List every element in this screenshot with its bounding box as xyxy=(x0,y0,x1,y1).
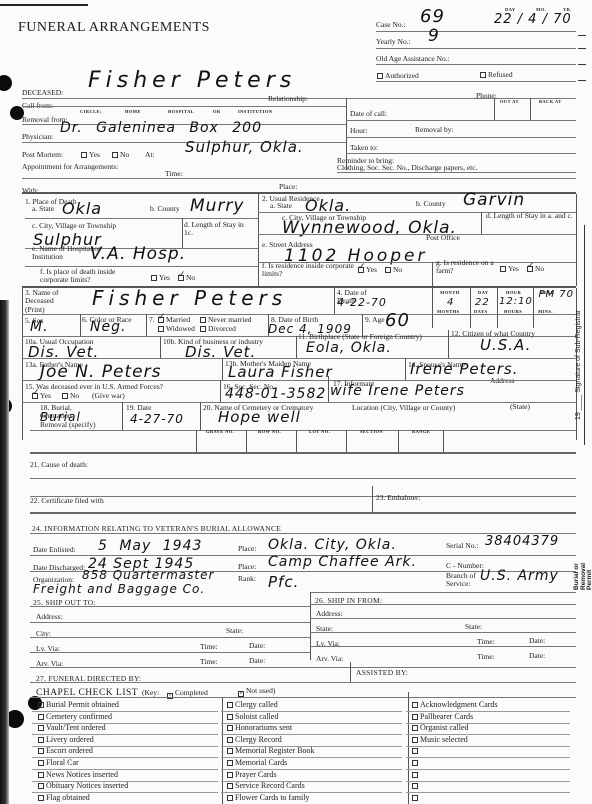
checklist-item-label: Prayer Cards xyxy=(235,770,277,779)
informant-value[interactable]: wife Irene Peters xyxy=(330,383,465,399)
case-date-value[interactable]: 22 / 4 / 70 xyxy=(494,12,572,27)
completed-label: Completed xyxy=(175,688,208,697)
s1-corp-no[interactable]: No xyxy=(178,274,195,282)
no-label: No xyxy=(186,273,195,282)
s2-county-label: b. County xyxy=(416,200,446,208)
enlisted-value[interactable]: 5 May 1943 xyxy=(98,538,202,554)
checkbox-icon xyxy=(200,326,206,332)
widowed-label: Widowed xyxy=(166,324,195,333)
birthplace-value[interactable]: Eola, Okla. xyxy=(306,340,392,356)
refused-label: Refused xyxy=(488,70,513,79)
checkbox-icon xyxy=(38,737,44,743)
age-col-mins: MINS. xyxy=(538,309,553,314)
checklist-item[interactable]: Memorial Register Book xyxy=(227,747,315,755)
cnumber-label: C - Number: xyxy=(446,562,484,570)
divorced-label: Divorced xyxy=(208,324,236,333)
never-married-label: Never married xyxy=(208,315,252,324)
checkbox-icon xyxy=(62,393,68,399)
checkbox-icon xyxy=(412,737,418,743)
checklist-item[interactable] xyxy=(412,759,420,767)
age-col-months: MONTHS xyxy=(437,309,459,314)
s1-hospital-value[interactable]: V.A. Hosp. xyxy=(90,244,186,264)
time-label: Time: xyxy=(165,170,183,178)
checkbox-checked-icon xyxy=(358,267,364,273)
veteran-heading: 24. INFORMATION RELATING TO VETERAN'S BU… xyxy=(32,524,281,533)
key-not-used: oNot used) xyxy=(238,687,275,697)
place2-label: Place: xyxy=(238,563,256,571)
checkbox-icon xyxy=(38,783,44,789)
checklist-item-label: Pallbearer Cards xyxy=(420,712,473,721)
checkbox-icon xyxy=(38,795,44,801)
checkbox-icon xyxy=(227,725,233,731)
range-col: RANGE xyxy=(412,429,430,434)
ship-in-arv-date-label: Date: xyxy=(529,652,545,660)
burial-permit-label: Burial or Removal Permit xyxy=(574,550,592,590)
rank-label: Rank: xyxy=(238,575,256,583)
s2-farm-no[interactable]: No xyxy=(527,265,544,273)
cause-label: 21. Cause of death: xyxy=(30,461,88,469)
lot-col: LOT NO. xyxy=(309,429,330,434)
checklist-item[interactable]: Soloist called xyxy=(227,713,278,721)
checklist-item[interactable]: Cemetery confirmed xyxy=(38,713,112,721)
no-label: No xyxy=(70,391,79,400)
place1-label: Place: xyxy=(238,545,256,553)
checklist-item-label: Soloist called xyxy=(235,712,278,721)
checkbox-icon xyxy=(385,267,391,273)
checklist-item[interactable]: Burial Permit obtained xyxy=(38,701,119,709)
at-value[interactable]: Sulphur, Okla. xyxy=(185,138,304,156)
checkbox-checked-icon xyxy=(178,275,184,281)
death-col-month: MONTH xyxy=(440,290,460,295)
checkbox-icon xyxy=(81,152,87,158)
checkbox-icon xyxy=(412,772,418,778)
checkbox-icon xyxy=(151,275,157,281)
ship-in-arv-time-label: Time: xyxy=(477,653,495,661)
key-label: (Key: xyxy=(142,689,159,697)
checklist-item[interactable]: Flag obtained xyxy=(38,794,90,802)
enlisted-label: Date Enlisted: xyxy=(33,546,76,554)
checkbox-icon xyxy=(377,73,383,79)
s2-corp-yes[interactable]: Yes xyxy=(358,266,377,274)
circle-or: OR xyxy=(213,109,221,114)
death-col-day: DAY xyxy=(478,290,489,295)
scan-edge xyxy=(0,300,9,804)
s2-farm-yes[interactable]: Yes xyxy=(500,265,519,273)
checklist-item[interactable]: Obituary Notices inserted xyxy=(38,782,128,790)
checkbox-icon xyxy=(38,725,44,731)
s2-length-label: d. Length of Stay in a. and c. xyxy=(486,212,574,220)
physician-value[interactable]: Dr. Galeninea Box 200 xyxy=(60,120,262,136)
case-no-value[interactable]: 69 xyxy=(420,6,445,27)
ship-out-state-label: State: xyxy=(226,627,243,635)
circle-hospital[interactable]: HOSPITAL xyxy=(168,109,194,114)
checklist-item-label: Vault/Tent ordered xyxy=(46,723,106,732)
row-divider xyxy=(406,746,570,747)
widowed-checkbox[interactable]: Widowed xyxy=(158,325,195,333)
s1-city-label: c. City, Village or Township xyxy=(32,222,116,230)
yes-label: Yes xyxy=(159,273,170,282)
checklist-item[interactable]: Escort ordered xyxy=(38,747,93,755)
checklist-item[interactable] xyxy=(412,782,420,790)
checklist-item[interactable]: Organist called xyxy=(412,724,469,732)
cemetery-value[interactable]: Hope well xyxy=(218,408,301,426)
no-label: No xyxy=(535,264,544,273)
location-label: Location (City, Village or County) xyxy=(352,404,455,412)
age-col-hours: HOURS xyxy=(504,309,522,314)
removal-by-label: Removal by: xyxy=(415,126,454,134)
checklist-item[interactable]: News Notices inserted xyxy=(38,771,118,779)
checkbox-icon xyxy=(158,326,164,332)
checklist-item[interactable] xyxy=(412,771,420,779)
death-col-hour: HOUR xyxy=(506,290,521,295)
checklist-item-label: Flag obtained xyxy=(46,793,90,802)
sex-value[interactable]: M. xyxy=(30,319,49,335)
armed-forces-label: 15. Was deceased ever in U.S. Armed Forc… xyxy=(25,383,163,391)
checkbox-icon xyxy=(227,783,233,789)
deceased-label: DECEASED: xyxy=(22,89,63,97)
checkbox-icon xyxy=(500,266,506,272)
physician-label: Physician: xyxy=(22,133,53,141)
checklist-item[interactable]: Service Record Cards xyxy=(227,782,305,790)
checklist-item[interactable] xyxy=(412,747,420,755)
org-value[interactable]: 858 Quartermaster xyxy=(82,568,214,582)
post-office-label: Post Office xyxy=(426,234,460,242)
date19-label: 19. Date xyxy=(126,404,151,412)
checklist-item-label: Service Record Cards xyxy=(235,781,305,790)
checklist-item[interactable]: Clergy Record xyxy=(227,736,282,744)
checklist-item-label: Memorial Register Book xyxy=(235,746,315,755)
checklist-item[interactable]: Honorariums sent xyxy=(227,724,292,732)
serial-value[interactable]: 38404379 xyxy=(485,534,559,549)
checkbox-icon xyxy=(38,760,44,766)
checklist-item-label: Escort ordered xyxy=(46,746,93,755)
ship-out-address-label: Address: xyxy=(36,613,63,621)
marital-num: 7. xyxy=(149,316,155,324)
refused-checkbox[interactable]: Refused xyxy=(480,71,513,79)
checklist-item-label: Burial Permit obtained xyxy=(46,700,119,709)
checkbox-icon xyxy=(412,702,418,708)
s1-state-value[interactable]: Okla xyxy=(62,199,102,218)
yes-label: Yes xyxy=(508,264,519,273)
top-edge-mark xyxy=(0,4,88,6)
checklist-item-label: Acknowledgment Cards xyxy=(420,700,498,709)
checkbox-icon xyxy=(227,702,233,708)
yes-label: Yes xyxy=(40,391,51,400)
s1-county-label: b. County xyxy=(150,205,180,213)
death-year-value[interactable]: PM 70 xyxy=(536,290,574,300)
sub-registrar-signature-label: 19 ____ Signature of Sub-Registrar xyxy=(575,310,582,420)
father-value[interactable]: Joe N. Peters xyxy=(40,362,161,382)
checkbox-icon xyxy=(38,772,44,778)
s2-county-value[interactable]: Garvin xyxy=(463,190,525,210)
age-value[interactable]: 60 xyxy=(385,310,410,331)
completed-key-icon: v xyxy=(167,693,173,699)
checkbox-icon xyxy=(38,714,44,720)
checkbox-icon xyxy=(38,748,44,754)
checkbox-icon xyxy=(227,714,233,720)
appointment-label: Appointment for Arrangements: xyxy=(22,163,118,171)
branch-value[interactable]: U.S. Army xyxy=(480,568,559,584)
never-married-checkbox[interactable]: Never married xyxy=(200,316,252,324)
s1-corp-label: f. Is place of death inside corporate li… xyxy=(40,268,140,285)
checkbox-icon xyxy=(412,714,418,720)
s1-county-value[interactable]: Murry xyxy=(190,196,244,216)
married-label: Married xyxy=(166,315,190,324)
checklist-item-label: Clergy Record xyxy=(235,735,282,744)
ship-out-arv-date-label: Date: xyxy=(249,657,265,665)
checkbox-icon xyxy=(412,795,418,801)
row-col: ROW NO. xyxy=(258,429,281,434)
checkbox-icon xyxy=(227,772,233,778)
checkbox-icon xyxy=(412,725,418,731)
death-day-value[interactable]: 22 xyxy=(475,297,490,308)
ship-in-date-label: Date: xyxy=(529,637,545,645)
post-mortem-no[interactable]: No xyxy=(112,151,129,159)
circle-institution[interactable]: INSTITUTION xyxy=(238,109,272,114)
authorized-label: Authorized xyxy=(385,71,419,80)
circle-label: CIRCLE: xyxy=(80,109,102,114)
ship-in-address-label: Address: xyxy=(316,610,343,618)
cert-label: 22. Certificate filed with xyxy=(30,497,110,505)
checklist-item-label: News Notices inserted xyxy=(46,770,118,779)
embalmer-label: 23. Embalmer: xyxy=(376,494,421,502)
checklist-item-label: Cemetery confirmed xyxy=(46,712,112,721)
checklist-item-label: Livery ordered xyxy=(46,735,94,744)
section-col: SECTION xyxy=(360,429,383,434)
row-divider xyxy=(406,781,570,782)
back-at-label: BACK AT xyxy=(539,99,562,104)
married-checkbox[interactable]: Married xyxy=(158,316,190,324)
no-label: No xyxy=(120,150,129,159)
checklist-item[interactable]: Livery ordered xyxy=(38,736,94,744)
at-label: At: xyxy=(145,151,155,159)
checkbox-icon xyxy=(227,748,233,754)
checkbox-checked-icon xyxy=(527,266,533,272)
ship-out-time-label: Time: xyxy=(200,643,218,651)
checklist-item[interactable]: Vault/Tent ordered xyxy=(38,724,106,732)
yearly-no-value[interactable]: 9 xyxy=(428,26,440,46)
checklist-item[interactable]: Acknowledgment Cards xyxy=(412,701,498,709)
age-col-days: DAYS xyxy=(474,309,487,314)
s1-corp-yes[interactable]: Yes xyxy=(151,274,170,282)
serial-label: Serial No.: xyxy=(446,542,479,550)
checkbox-icon xyxy=(38,702,44,708)
form-title: FUNERAL ARRANGEMENTS xyxy=(18,20,210,36)
race-value[interactable]: Neg. xyxy=(90,319,126,335)
taken-to-label: Taken to: xyxy=(350,144,378,152)
yes-label: Yes xyxy=(366,265,377,274)
checklist-item[interactable]: Clergy called xyxy=(227,701,278,709)
s1-state-label: a. State xyxy=(32,205,54,213)
checkbox-checked-icon xyxy=(158,317,164,323)
state-paren-label: (State) xyxy=(510,403,530,411)
old-age-label: Old Age Assistance No.: xyxy=(376,55,450,63)
armed-yes-checkbox[interactable]: Yes xyxy=(32,392,51,400)
s3-name-label: 3. Name of Deceased (Print) xyxy=(25,289,65,314)
checklist-item-label: Memorial Cards xyxy=(235,758,287,767)
yearly-no-label: Yearly No.: xyxy=(376,38,411,46)
post-mortem-label: Post Mortem: xyxy=(22,151,63,159)
authorized-checkbox[interactable]: Authorized xyxy=(377,72,419,80)
checkbox-icon xyxy=(227,795,233,801)
post-mortem-yes[interactable]: Yes xyxy=(81,151,100,159)
deceased-value[interactable]: Fisher Peters xyxy=(88,68,296,93)
rank-value[interactable]: Pfc. xyxy=(268,573,299,591)
checklist-item[interactable]: Flower Cards to family xyxy=(227,794,309,802)
checkbox-icon xyxy=(412,760,418,766)
checkbox-icon xyxy=(412,748,418,754)
citizen-value[interactable]: U.S.A. xyxy=(480,336,531,354)
org-value-2[interactable]: Freight and Baggage Co. xyxy=(33,582,205,596)
checkbox-icon xyxy=(112,152,118,158)
no-label: No xyxy=(393,265,402,274)
death-hour-value[interactable]: 12:10 xyxy=(499,296,533,307)
checkbox-icon xyxy=(227,760,233,766)
out-at-label: OUT AT xyxy=(500,99,519,104)
s2-corp-label: f. Is residence inside corporate limits? xyxy=(262,262,362,279)
ssn-value[interactable]: 448-01-3582 xyxy=(225,386,326,402)
relationship-label: Relationship: xyxy=(268,95,308,103)
checkbox-icon xyxy=(227,737,233,743)
death-month-value[interactable]: 4 xyxy=(447,297,454,308)
checklist-item-label: Organist called xyxy=(420,723,469,732)
not-used-label: Not used) xyxy=(246,686,275,695)
row-divider xyxy=(406,792,570,793)
checkbox-icon xyxy=(412,783,418,789)
ship-in-arv-via-label: Arv. Via: xyxy=(316,655,343,663)
s3-name-value[interactable]: Fisher Peters xyxy=(92,286,287,310)
checklist-item[interactable]: Music selected xyxy=(412,736,468,744)
checklist-item-label: Clergy called xyxy=(235,700,278,709)
checklist-item-label: Honorariums sent xyxy=(235,723,292,732)
reminder-text: Clothing, Soc. Sec. No., Discharge paper… xyxy=(337,164,477,172)
s1-length-label: d. Length of Stay in 1c. xyxy=(184,221,254,238)
divorced-checkbox[interactable]: Divorced xyxy=(200,325,236,333)
s2-farm-label: g. Is residence on a farm? xyxy=(436,259,506,276)
checkbox-checked-icon xyxy=(32,393,38,399)
checklist-item[interactable]: Prayer Cards xyxy=(227,771,277,779)
checkbox-icon xyxy=(200,317,206,323)
punch-hole xyxy=(0,75,12,91)
checklist-item[interactable] xyxy=(412,794,420,802)
date19-value[interactable]: 4-27-70 xyxy=(130,412,184,426)
ship-out-date-label: Date: xyxy=(249,642,265,650)
s2-state-label: a. State xyxy=(270,202,292,210)
burial-value[interactable]: Burial xyxy=(40,410,81,424)
checklist-item[interactable]: Pallbearer Cards xyxy=(412,713,473,721)
circle-home[interactable]: HOME xyxy=(125,109,141,114)
mother-value[interactable]: Laura Fisher xyxy=(228,363,333,381)
grave-col: GRAVE NO. xyxy=(206,429,234,434)
dod-value[interactable]: 4-22-70 xyxy=(337,296,387,309)
s2-corp-no[interactable]: No xyxy=(385,266,402,274)
checklist-item[interactable]: Memorial Cards xyxy=(227,759,287,767)
date-of-call-label: Date of call: xyxy=(350,110,387,118)
row-divider xyxy=(406,757,570,758)
ship-in-state-label-2: State: xyxy=(465,623,482,631)
age-label: 9. Age xyxy=(365,316,385,324)
checklist-item-label: Music selected xyxy=(420,735,468,744)
checkbox-icon xyxy=(480,72,486,78)
checklist-item-label: Obituary Notices inserted xyxy=(46,781,128,790)
yes-label: Yes xyxy=(89,150,100,159)
checklist-item-label: Floral Car xyxy=(46,758,79,767)
row-divider xyxy=(406,769,570,770)
give-war-label: (Give war) xyxy=(92,392,125,400)
ship-in-time-label: Time: xyxy=(477,638,495,646)
assisted-label: ASSISTED BY: xyxy=(356,668,408,677)
hour-label: Hour: xyxy=(350,127,368,135)
armed-no-checkbox[interactable]: No xyxy=(62,392,79,400)
checklist-item-label: Flower Cards to family xyxy=(235,793,309,802)
place1-value[interactable]: Okla. City, Okla. xyxy=(268,537,397,553)
place-label: Place: xyxy=(279,183,297,191)
checklist-item[interactable]: Floral Car xyxy=(38,759,79,767)
case-no-label: Case No.: xyxy=(376,21,406,29)
ship-out-arv-time-label: Time: xyxy=(200,658,218,666)
place2-value[interactable]: Camp Chaffee Ark. xyxy=(268,554,417,570)
